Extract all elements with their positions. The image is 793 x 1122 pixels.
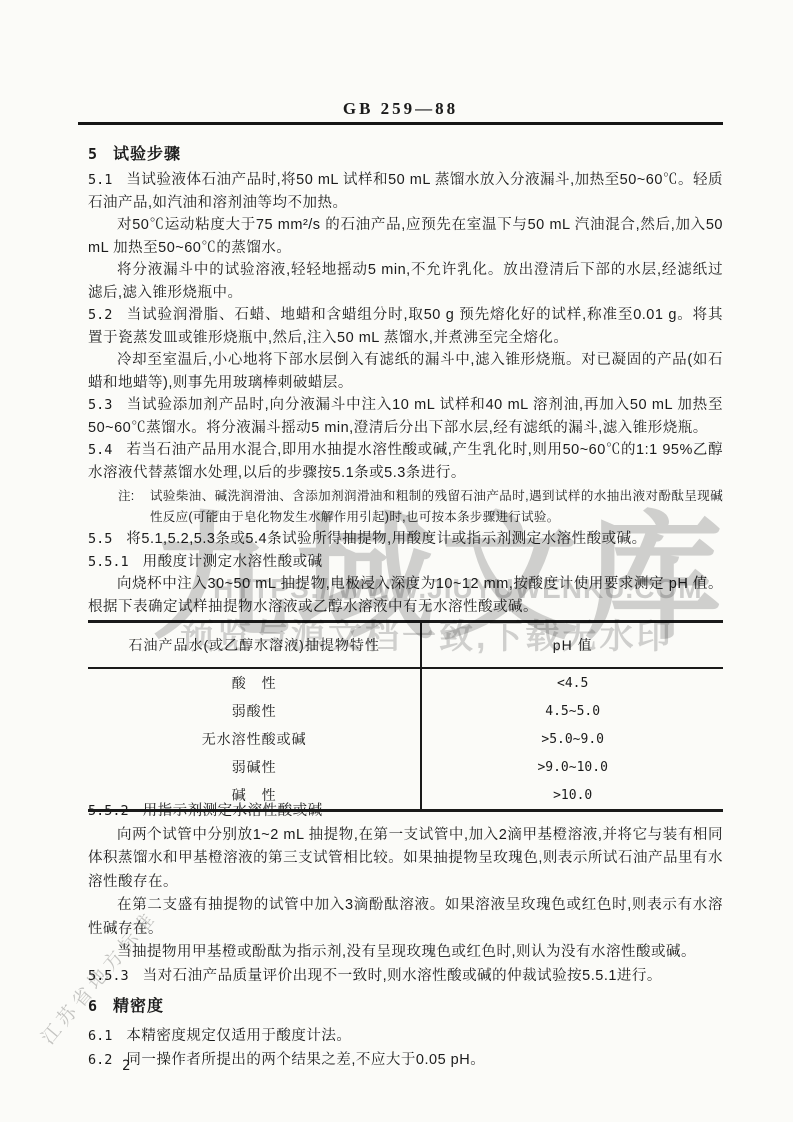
section-title: 试验步骤	[113, 146, 181, 163]
ph-table-container: 石油产品水(或乙醇水溶液)抽提物特性 pH 值 酸 性 <4.5 弱酸性 4.5…	[88, 620, 723, 812]
column-header-ph-value: pH 值	[421, 622, 723, 669]
standard-number-header: GB 259—88	[78, 99, 723, 119]
header-rule	[78, 122, 723, 125]
clause-number: 5.5.2	[88, 803, 129, 819]
table-header-row: 石油产品水(或乙醇水溶液)抽提物特性 pH 值	[88, 622, 723, 669]
scanned-standard-page: GB 259—88 5试验步骤 5.1当试验液体石油产品时,将50 mL 试样和…	[0, 0, 793, 1122]
clause-5-5-2-paragraph-2: 在第二支盛有抽提物的试管中加入3滴酚酞溶液。如果溶液呈玫瑰色或红色时,则表示有水…	[88, 894, 723, 941]
section-number: 6	[88, 997, 97, 1015]
row-value: 4.5~5.0	[421, 697, 723, 725]
clause-text: 当试验润滑脂、石蜡、地蜡和含蜡组分时,取50 g 预先熔化好的试样,称准至0.0…	[88, 307, 723, 346]
section-5-block: 5试验步骤 5.1当试验液体石油产品时,将50 mL 试样和50 mL 蒸馏水放…	[88, 146, 723, 618]
clause-title: 用酸度计测定水溶性酸或碱	[143, 554, 323, 570]
clause-5-4: 5.4若当石油产品用水混合,即用水抽提水溶性酸或碱,产生乳化时,则用50~60℃…	[88, 439, 723, 484]
clause-text: 当试验液体石油产品时,将50 mL 试样和50 mL 蒸馏水放入分液漏斗,加热至…	[88, 172, 723, 211]
clause-number: 5.4	[88, 442, 112, 458]
row-label: 无水溶性酸或碱	[88, 725, 421, 753]
clause-5-5-2-paragraph-3: 当抽提物用甲基橙或酚酞为指示剂,没有呈现玫瑰色或红色时,则认为没有水溶性酸或碱。	[88, 941, 723, 965]
clause-text: 若当石油产品用水混合,即用水抽提水溶性酸或碱,产生乳化时,则用50~60℃的1:…	[88, 442, 723, 481]
clause-text: 同一操作者所提出的两个结果之差,不应大于0.05 pH。	[126, 1052, 485, 1068]
ph-table-body: 酸 性 <4.5 弱酸性 4.5~5.0 无水溶性酸或碱 >5.0~9.0 弱碱…	[88, 668, 723, 811]
note-text: 试验柴油、碱洗润滑油、含添加剂润滑油和粗制的残留石油产品时,遇到试样的水抽出液对…	[150, 489, 723, 524]
clause-text: 将5.1,5.2,5.3条或5.4条试验所得抽提物,用酸度计或指示剂测定水溶性酸…	[126, 531, 646, 547]
clause-5-1: 5.1当试验液体石油产品时,将50 mL 试样和50 mL 蒸馏水放入分液漏斗,…	[88, 169, 723, 214]
section-5-5-2-to-6-block: 5.5.2用指示剂测定水溶性酸或碱 向两个试管中分别放1~2 mL 抽提物,在第…	[88, 800, 723, 1072]
column-header-extract-characteristic: 石油产品水(或乙醇水溶液)抽提物特性	[88, 622, 421, 669]
clause-text: 本精密度规定仅适用于酸度计法。	[126, 1028, 351, 1044]
clause-5-5: 5.5将5.1,5.2,5.3条或5.4条试验所得抽提物,用酸度计或指示剂测定水…	[88, 528, 723, 551]
clause-5-5-2-paragraph-1: 向两个试管中分别放1~2 mL 抽提物,在第一支试管中,加入2滴甲基橙溶液,并将…	[88, 824, 723, 895]
clause-number: 6.1	[88, 1028, 112, 1044]
clause-number: 5.2	[88, 307, 112, 323]
clause-5-1-paragraph-3: 将分液漏斗中的试验溶液,轻轻地摇动5 min,不允许乳化。放出澄清后下部的水层,…	[88, 259, 723, 304]
clause-number: 5.5.1	[88, 554, 129, 570]
section-5-heading: 5试验步骤	[88, 146, 723, 163]
clause-number: 5.3	[88, 397, 112, 413]
clause-5-1-paragraph-2: 对50℃运动粘度大于75 mm²/s 的石油产品,应预先在室温下与50 mL 汽…	[88, 214, 723, 259]
row-value: <4.5	[421, 668, 723, 697]
clause-5-5-1-heading: 5.5.1用酸度计测定水溶性酸或碱	[88, 551, 723, 574]
row-value: >9.0~10.0	[421, 753, 723, 781]
table-row: 弱碱性 >9.0~10.0	[88, 753, 723, 781]
note: 注:试验柴油、碱洗润滑油、含添加剂润滑油和粗制的残留石油产品时,遇到试样的水抽出…	[88, 486, 723, 528]
clause-5-3: 5.3当试验添加剂产品时,向分液漏斗中注入10 mL 试样和40 mL 溶剂油,…	[88, 394, 723, 439]
clause-number: 5.1	[88, 172, 112, 188]
clause-title: 用指示剂测定水溶性酸或碱	[143, 803, 323, 819]
clause-6-2: 6.2同一操作者所提出的两个结果之差,不应大于0.05 pH。	[88, 1049, 723, 1073]
clause-number: 6.2	[88, 1052, 112, 1068]
clause-5-2-paragraph-2: 冷却至室温后,小心地将下部水层倒入有滤纸的漏斗中,滤入锥形烧瓶。对已凝固的产品(…	[88, 349, 723, 394]
row-label: 酸 性	[88, 668, 421, 697]
clause-6-1: 6.1本精密度规定仅适用于酸度计法。	[88, 1025, 723, 1049]
ph-table: 石油产品水(或乙醇水溶液)抽提物特性 pH 值 酸 性 <4.5 弱酸性 4.5…	[88, 620, 723, 812]
clause-5-5-2-heading: 5.5.2用指示剂测定水溶性酸或碱	[88, 800, 723, 824]
row-label: 弱碱性	[88, 753, 421, 781]
clause-text: 当对石油产品质量评价出现不一致时,则水溶性酸或碱的仲裁试验按5.5.1进行。	[143, 968, 662, 984]
clause-5-5-1-paragraph: 向烧杯中注入30~50 mL 抽提物,电极浸入深度为10~12 mm,按酸度计使…	[88, 573, 723, 618]
table-row: 弱酸性 4.5~5.0	[88, 697, 723, 725]
note-label: 注:	[118, 486, 135, 507]
section-number: 5	[88, 145, 97, 163]
row-value: >5.0~9.0	[421, 725, 723, 753]
table-row: 无水溶性酸或碱 >5.0~9.0	[88, 725, 723, 753]
row-label: 弱酸性	[88, 697, 421, 725]
page-number: 2	[122, 1058, 130, 1074]
table-row: 酸 性 <4.5	[88, 668, 723, 697]
section-title: 精密度	[113, 998, 164, 1015]
clause-number: 5.5.3	[88, 968, 129, 984]
clause-text: 当试验添加剂产品时,向分液漏斗中注入10 mL 试样和40 mL 溶剂油,再加入…	[88, 397, 723, 436]
clause-5-2: 5.2当试验润滑脂、石蜡、地蜡和含蜡组分时,取50 g 预先熔化好的试样,称准至…	[88, 304, 723, 349]
clause-number: 5.5	[88, 531, 112, 547]
ph-table-head: 石油产品水(或乙醇水溶液)抽提物特性 pH 值	[88, 622, 723, 669]
clause-5-5-3: 5.5.3当对石油产品质量评价出现不一致时,则水溶性酸或碱的仲裁试验按5.5.1…	[88, 965, 723, 989]
section-6-heading: 6精密度	[88, 998, 723, 1015]
